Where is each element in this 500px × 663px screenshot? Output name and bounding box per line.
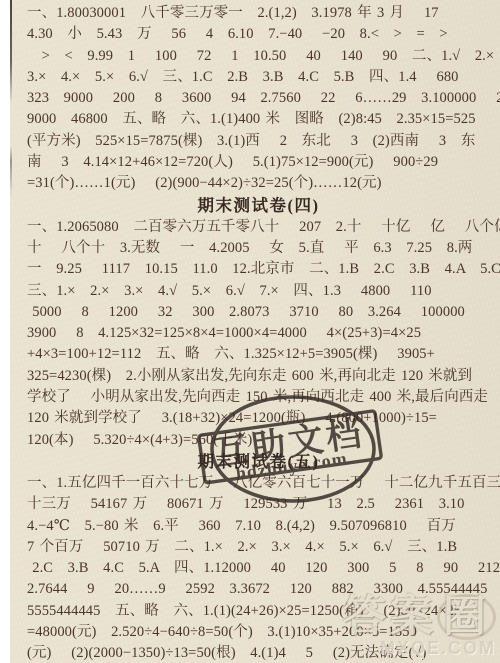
answer-line: =31(个)……1(元) (2)(900−44×2)÷32=25(个)……12(… [27,173,490,194]
answer-line: +4×3=100+12=112 五、略 六、1.325×12+5=3905(棵)… [27,344,490,365]
answer-line: 一、1.80030001 八千零三万零一 2.(1,2) 3.1978 年 3 … [27,3,490,24]
answer-line: 5000 8 1200 32 300 2.8073 3710 80 3.264 … [27,302,490,323]
answer-line: 3900 8 4.125×32=125×8×4=1000×4=4000 4×(2… [27,323,490,344]
answer-line: (元) (2)(2000−1350)÷13=50(根) 4.(1)4 5 (2)… [27,643,490,663]
answer-line: 一 9.25 1117 10.15 11.0 12.北京市 二、1.B 2.C … [27,259,490,280]
answer-line: 3.× 4.× 5.× 6.√ 三、1.C 2.B 3.B 4.C 5.B 四、… [27,67,490,88]
answers-section-final-test-4: 期末测试卷(四) 一、1.2065080 二百零六万五千零八十 207 2.十 … [27,195,490,451]
answer-line: 十三万 54167 万 80671 万 129533 万 13 2.5 2361… [27,494,490,515]
answers-section-previous: 一、1.80030001 八千零三万零一 2.(1,2) 3.1978 年 3 … [27,3,490,195]
answer-line: 325=4230(棵) 2.小刚从家出发,先向东走 600 米,再向北走 120… [27,366,490,387]
answer-line: > < 9.99 1 100 72 1 10.50 40 140 90 二、1.… [27,46,490,67]
answer-line: 2.7644 9 20……9 2592 3.3672 120 882 3300 … [27,579,490,600]
answer-line: 三、1.× 2.× 3.× 4.√ 5.× 6.√ 7.× 四、1.3 4800… [27,281,490,302]
book-spine-mark [10,0,12,104]
answer-line: =48000(元) 2.520÷4−640÷8=50(个) 3.(1)10×35… [27,622,490,643]
section-heading-final-test-4: 期末测试卷(四) [27,195,490,217]
answer-line: 4.30 小 5.43 万 56 4 6.10 7.−40 −20 8.< > … [27,24,490,45]
answer-line: 120(本) 5.320÷4×(4+3)=560(千米) [27,430,490,451]
answer-line: 学校了 小明从家出发,先向西走 150 米,再向西北走 400 米,最后向西走 [27,387,490,408]
answer-line: 一、1.五亿四千一百六十七万 八亿零六百七十一万 十二亿九千五百三 [27,473,490,494]
book-spine-mark [10,146,12,196]
answer-line: 323 9000 200 8 3600 94 2.7560 22 6……29 3… [27,88,490,109]
answer-line: 5555444445 五、略 六、1.(1)(24+26)×25=1250(箱)… [27,601,490,622]
answer-line: 2.C 3.B 4.C 5.A 四、1.12000 40 120 300 5 8… [27,558,490,579]
answer-line: 南 3 4.14×12+46×12=720(人) 5.(1)75×12=900(… [27,152,490,173]
answer-line: 7 个百万 50710 万 二、1.× 2.× 3.× 4.× 5.× 6.√ … [27,537,490,558]
answer-line: 120 米就到学校了 3.(18+32)×24=1200(瓶) 4.(800+1… [27,408,490,429]
answer-line: 9000 46800 五、略 六、1.(1)400 米 图略 (2)8:45 2… [27,109,490,130]
answer-line: 4.−4℃ 5.−80 米 6.平 360 7.10 8.(4,2) 9.507… [27,516,490,537]
answer-line: (平方米) 525×15=7875(棵) 3.(1)西 2 东北 3 (2)西南… [27,131,490,152]
answers-section-final-test-5: 期末测试卷(五) 一、1.五亿四千一百六十七万 八亿零六百七十一万 十二亿九千五… [27,451,490,663]
answer-line: 一、1.2065080 二百零六万五千零八十 207 2.十 十亿 亿 八个亿 [27,217,490,238]
answer-line: 十 八个十 3.无数 一 4.2005 女 5.直 平 6.3 7.25 8.两 [27,238,490,259]
section-heading-final-test-5: 期末测试卷(五) [27,451,490,473]
answer-key-content: 一、1.80030001 八千零三万零一 2.(1,2) 3.1978 年 3 … [27,3,490,663]
